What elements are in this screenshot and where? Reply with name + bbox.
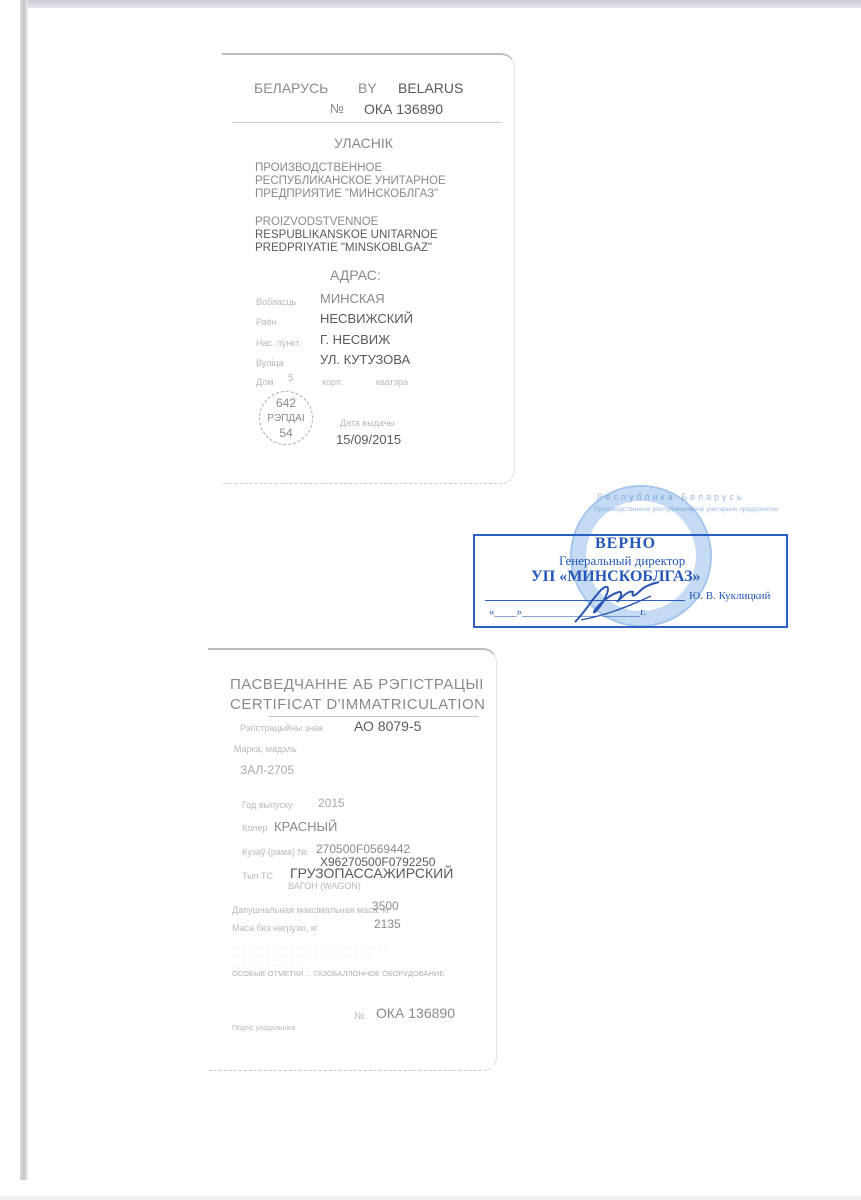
building-label: корп. <box>322 377 343 387</box>
model-label: Марка, мадэль <box>234 744 297 754</box>
owner-line: RESPUBLIKANSKOE UNITARNOE <box>255 229 438 242</box>
district-value: НЕСВИЖСКИЙ <box>320 311 413 326</box>
owner-line: ПРЕДПРИЯТИЕ "МИНСКОБЛГАЗ" <box>255 188 446 201</box>
owner-line: PROIZVODSTVENNOE <box>255 216 438 229</box>
certificate-title-by: ПАСВЕДЧАННЕ АБ РЭГІСТРАЦЫІ <box>230 676 484 693</box>
stamp-line: 642 <box>260 396 312 411</box>
owner-name-cyrillic: ПРОИЗВОДСТВЕННОЕ РЕСПУБЛИКАНСКОЕ УНИТАРН… <box>255 162 446 201</box>
issue-date: 15/09/2015 <box>336 432 401 447</box>
scan-edge-top <box>26 0 861 8</box>
model-value: ЗАЛ-2705 <box>240 763 294 777</box>
year-value: 2015 <box>318 796 345 810</box>
flat-label: кватэра <box>376 377 408 387</box>
vehicle-type-value: ГРУЗОПАССАЖИРСКИЙ <box>290 865 453 881</box>
district-label: Раён <box>256 317 277 327</box>
owner-heading: УЛАСНІК <box>334 135 393 151</box>
street-value: УЛ. КУТУЗОВА <box>320 352 410 367</box>
owner-line: PREDPRIYATIE "MINSKOBLGAZ" <box>255 242 438 255</box>
certified-copy-stamp: ВЕРНО Генеральный директор УП «МИНСКОБЛГ… <box>473 534 788 628</box>
owner-name-latin: PROIZVODSTVENNOE RESPUBLIKANSKOE UNITARN… <box>255 216 438 255</box>
country-code: BY <box>358 80 377 96</box>
owner-signature-label: Подпіс уладальніка <box>232 1025 295 1032</box>
owner-line: РЕСПУБЛИКАНСКОЕ УНИТАРНОЕ <box>255 175 446 188</box>
special-notes: . . . . . . . . . . . . . . . . . . . . … <box>232 942 444 978</box>
seal-inner-text: Производственное республиканское унитарн… <box>594 506 778 513</box>
vehicle-type-label: Тып ТС <box>242 871 273 881</box>
street-label: Вуліца <box>256 358 284 368</box>
stamp-line: РЭПДАІ <box>260 411 312 426</box>
stamp-line: 54 <box>260 426 312 441</box>
address-heading: АДРАС: <box>330 267 381 283</box>
reg-plate: АО 8079-5 <box>354 718 421 734</box>
color-label: Колер <box>242 823 267 833</box>
region-value: МИНСКАЯ <box>320 291 385 306</box>
issue-date-label: Дата выдачы <box>340 418 395 428</box>
own-mass-value: 2135 <box>374 917 401 931</box>
max-mass-value: 3500 <box>372 899 399 913</box>
certificate-number: ОКА 136890 <box>364 101 443 117</box>
scan-edge-bottom <box>0 1196 861 1200</box>
certificate-number: ОКА 136890 <box>376 1005 455 1021</box>
max-mass-label: Дапушчальная максімальная маса, кг <box>232 905 390 915</box>
divider <box>232 122 502 123</box>
vin-label: Кузаў (рама) № <box>242 847 307 857</box>
divider <box>268 716 478 717</box>
notes-line: ОСОБЫЕ ОТМЕТКИ ... ГАЗОБАЛЛОННОЕ ОБОРУДО… <box>232 969 444 978</box>
color-value: КРАСНЫЙ <box>274 819 337 834</box>
year-label: Год выпуску <box>242 800 292 810</box>
stamp-position: Генеральный директор <box>559 553 685 569</box>
reg-label: Рэгістрацыйны знак <box>240 723 323 733</box>
number-label: № <box>354 1011 365 1022</box>
vehicle-type-sub: ВАГОН (WAGON) <box>288 881 361 891</box>
house-value: 5 <box>288 373 294 384</box>
certificate-title-fr: CERTIFICAT D'IMMATRICULATION <box>230 696 485 713</box>
house-label: Дом <box>256 377 273 387</box>
registration-certificate-back: ПАСВЕДЧАННЕ АБ РЭГІСТРАЦЫІ CERTIFICAT D'… <box>208 648 497 1071</box>
number-label: № <box>330 101 344 116</box>
locality-label: Нас. пункт <box>256 338 300 348</box>
registration-round-stamp: 642 РЭПДАІ 54 <box>259 391 313 445</box>
owner-line: ПРОИЗВОДСТВЕННОЕ <box>255 162 446 175</box>
registration-certificate-front: БЕЛАРУСЬ BY BELARUS № ОКА 136890 УЛАСНІК… <box>222 53 515 484</box>
signature-icon <box>571 576 663 626</box>
stamp-title: ВЕРНО <box>595 535 656 553</box>
region-label: Вобласць <box>256 297 296 307</box>
country-right: BELARUS <box>398 80 463 96</box>
locality-value: Г. НЕСВИЖ <box>320 332 390 347</box>
vin-value-1: 270500F0569442 <box>316 842 410 856</box>
country-left: БЕЛАРУСЬ <box>254 80 328 96</box>
scan-edge-left <box>20 0 28 1180</box>
seal-outer-text: Республика Беларусь <box>597 492 745 502</box>
stamp-signer: Ю. В. Куклицкий <box>689 590 770 602</box>
own-mass-label: Маса без нагрузкі, кг <box>232 923 318 933</box>
